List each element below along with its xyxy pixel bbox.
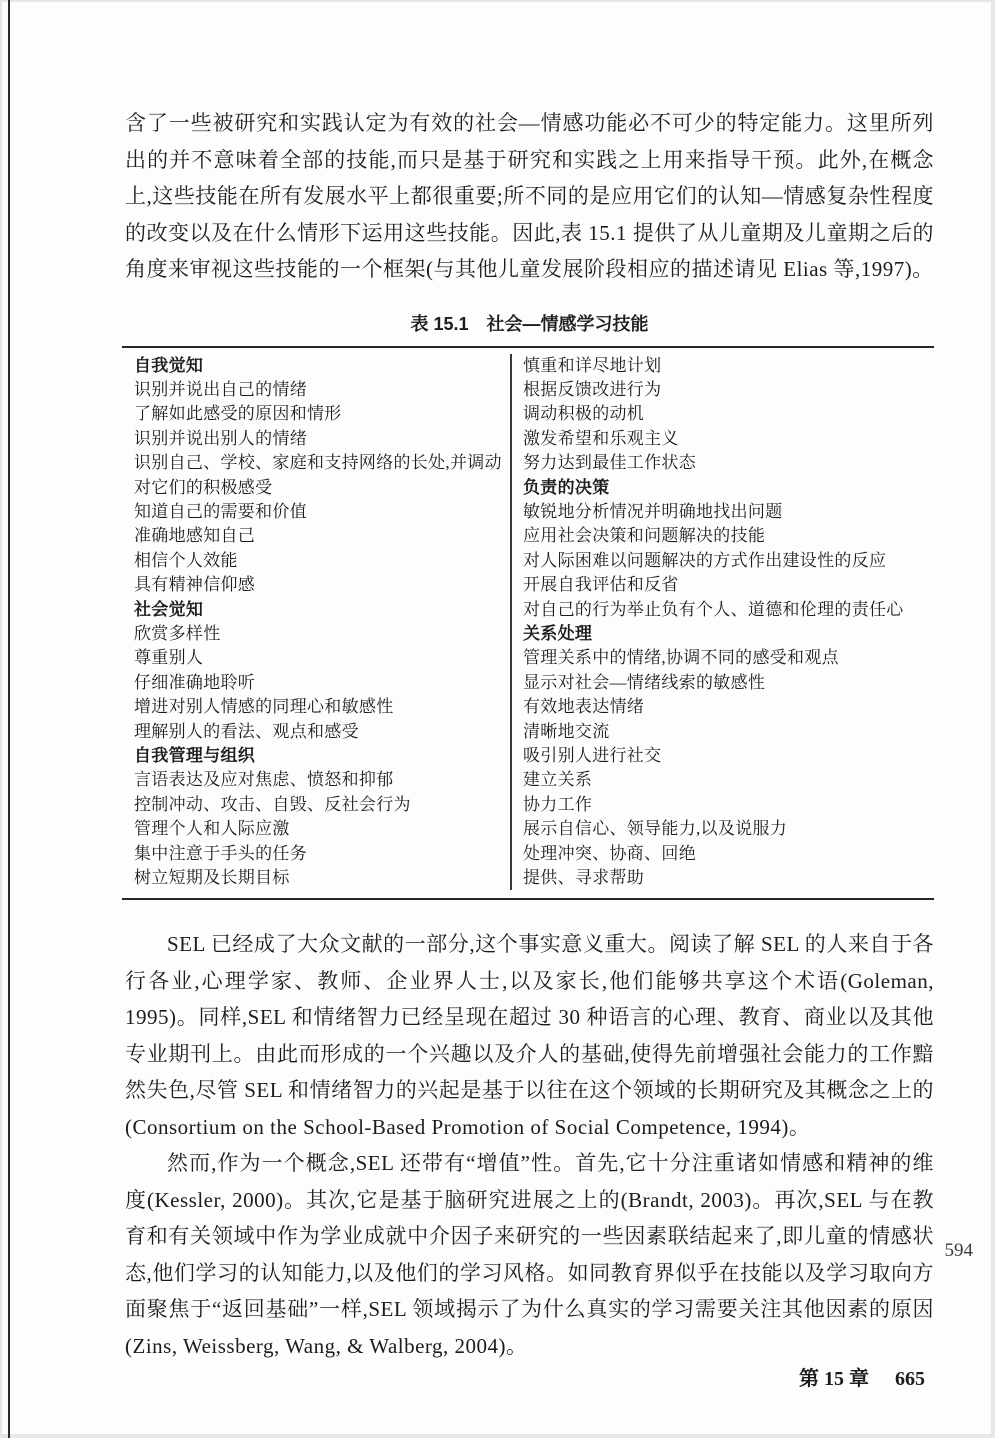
paragraph-sel-concept: 然而,作为一个概念,SEL 还带有“增值”性。首先,它十分注重诸如情感和精神的维… [125,1145,934,1364]
table-skill-item: 知道自己的需要和价值 [134,500,510,524]
table-skill-item: 理解别人的看法、观点和感受 [134,720,510,744]
table-skill-item: 激发希望和乐观主义 [523,427,934,451]
table-skill-item: 努力达到最佳工作状态 [523,451,934,475]
table-section-header: 负责的决策 [523,476,934,500]
table-skill-item: 应用社会决策和问题解决的技能 [523,524,934,548]
table-skill-item: 处理冲突、协商、回绝 [523,842,934,866]
footer-chapter-label: 第 15 章 [799,1368,869,1390]
page-footer: 第 15 章665 [799,1362,925,1391]
table-skill-item: 识别并说出自己的情绪 [134,378,510,402]
table-skill-item: 调动积极的动机 [523,402,934,426]
table-section-header: 自我觉知 [134,354,510,378]
table-skill-item: 控制冲动、攻击、自毁、反社会行为 [134,793,510,817]
paragraph-sel-popularity: SEL 已经成了大众文献的一部分,这个事实意义重大。阅读了解 SEL 的人来自于… [125,926,934,1145]
table-skill-item: 具有精神信仰感 [134,573,510,597]
sel-skills-table: 自我觉知识别并说出自己的情绪了解如此感受的原因和情形识别并说出别人的情绪识别自己… [122,346,934,901]
table-skill-item: 吸引别人进行社交 [523,744,934,768]
table-right-column: 慎重和详尽地计划根据反馈改进行为调动积极的动机激发希望和乐观主义努力达到最佳工作… [510,354,934,891]
table-skill-item: 仔细准确地聆听 [134,671,510,695]
table-skill-item: 开展自我评估和反省 [523,573,934,597]
table-skill-item: 协力工作 [523,793,934,817]
table-skill-item: 识别自己、学校、家庭和支持网络的长处,并调动对它们的积极感受 [134,451,510,500]
footer-page-number: 665 [895,1368,925,1390]
table-skill-item: 敏锐地分析情况并明确地找出问题 [523,500,934,524]
table-section-header: 社会觉知 [134,598,510,622]
table-skill-item: 了解如此感受的原因和情形 [134,402,510,426]
table-skill-item: 尊重别人 [134,646,510,670]
table-skill-item: 准确地感知自己 [134,524,510,548]
table-skill-item: 对人际困难以问题解决的方式作出建设性的反应 [523,549,934,573]
table-skill-item: 相信个人效能 [134,549,510,573]
table-skill-item: 建立关系 [523,768,934,792]
table-skill-item: 对自己的行为举止负有个人、道德和伦理的责任心 [523,598,934,622]
table-skill-item: 显示对社会—情绪线索的敏感性 [523,671,934,695]
table-skill-item: 根据反馈改进行为 [523,378,934,402]
scan-spine-line [8,0,10,1438]
intro-paragraph: 含了一些被研究和实践认定为有效的社会—情感功能必不可少的特定能力。这里所列出的并… [125,105,934,288]
table-title: 表 15.1 社会—情感学习技能 [125,310,934,336]
page-content: 含了一些被研究和实践认定为有效的社会—情感功能必不可少的特定能力。这里所列出的并… [125,105,934,1364]
table-skill-item: 识别并说出别人的情绪 [134,427,510,451]
table-skill-item: 展示自信心、领导能力,以及说服力 [523,817,934,841]
margin-page-number: 594 [945,1240,974,1262]
table-skill-item: 慎重和详尽地计划 [523,354,934,378]
table-skill-item: 有效地表达情绪 [523,695,934,719]
table-left-column: 自我觉知识别并说出自己的情绪了解如此感受的原因和情形识别并说出别人的情绪识别自己… [122,354,510,891]
table-section-header: 关系处理 [523,622,934,646]
table-skill-item: 提供、寻求帮助 [523,866,934,890]
table-skill-item: 管理关系中的情绪,协调不同的感受和观点 [523,646,934,670]
table-skill-item: 管理个人和人际应激 [134,817,510,841]
table-skill-item: 树立短期及长期目标 [134,866,510,890]
table-skill-item: 言语表达及应对焦虑、愤怒和抑郁 [134,768,510,792]
table-section-header: 自我管理与组织 [134,744,510,768]
table-skill-item: 集中注意于手头的任务 [134,842,510,866]
scanned-page: 含了一些被研究和实践认定为有效的社会—情感功能必不可少的特定能力。这里所列出的并… [2,2,991,1434]
table-skill-item: 增进对别人情感的同理心和敏感性 [134,695,510,719]
table-skill-item: 欣赏多样性 [134,622,510,646]
table-skill-item: 清晰地交流 [523,720,934,744]
